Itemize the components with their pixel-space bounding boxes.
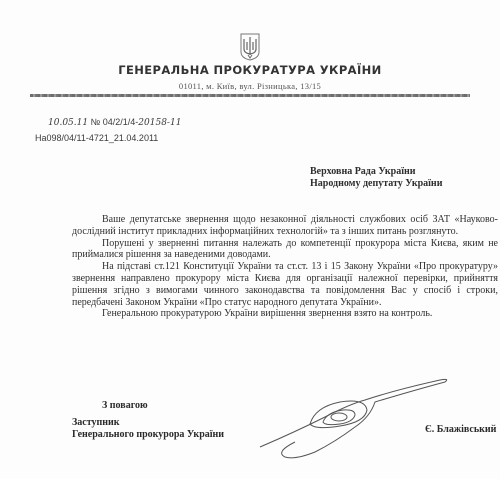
addressee-line-2: Народному депутату України xyxy=(310,178,442,189)
organization-address: 01011, м. Київ, вул. Різницька, 13/15 xyxy=(0,81,500,91)
number-label: № xyxy=(91,117,101,127)
reference-registration: На098/04/11-4721_21.04.2011 xyxy=(35,133,158,143)
position-line-1: Заступник xyxy=(72,417,224,429)
outgoing-number-prefix: 04/2/1/4- xyxy=(103,117,139,127)
reference-number: 098/04/11-4721_21.04.2011 xyxy=(47,133,159,143)
signer-position: Заступник Генерального прокурора України xyxy=(72,417,224,440)
outgoing-date: 10.05.11 xyxy=(48,118,88,128)
closing-salutation: З повагою xyxy=(102,400,148,411)
position-line-2: Генерального прокурора України xyxy=(72,429,224,441)
reference-label: На xyxy=(35,133,47,143)
letter-body: Ваше депутатське звернення щодо незаконн… xyxy=(72,214,498,320)
signer-name: Є. Блажівський xyxy=(425,424,496,435)
addressee-line-1: Верховна Рада України xyxy=(310,166,416,177)
header-divider xyxy=(30,94,470,97)
body-paragraph: Порушені у зверненні питання належать до… xyxy=(72,238,498,262)
body-paragraph: Ваше депутатське звернення щодо незаконн… xyxy=(72,214,498,238)
body-paragraph: На підставі ст.121 Конституції України т… xyxy=(72,261,498,308)
organization-title: ГЕНЕРАЛЬНА ПРОКУРАТУРА УКРАЇНИ xyxy=(0,63,500,77)
body-paragraph: Генеральною прокуратурою України вирішен… xyxy=(72,308,498,320)
letter-page: ГЕНЕРАЛЬНА ПРОКУРАТУРА УКРАЇНИ 01011, м.… xyxy=(0,0,500,479)
outgoing-registration: 10.05.11 № 04/2/1/4-20158-11 xyxy=(48,117,181,128)
handwritten-signature-icon xyxy=(255,372,455,462)
outgoing-number-handwritten: 20158-11 xyxy=(138,118,181,128)
trident-emblem-icon xyxy=(240,33,260,61)
